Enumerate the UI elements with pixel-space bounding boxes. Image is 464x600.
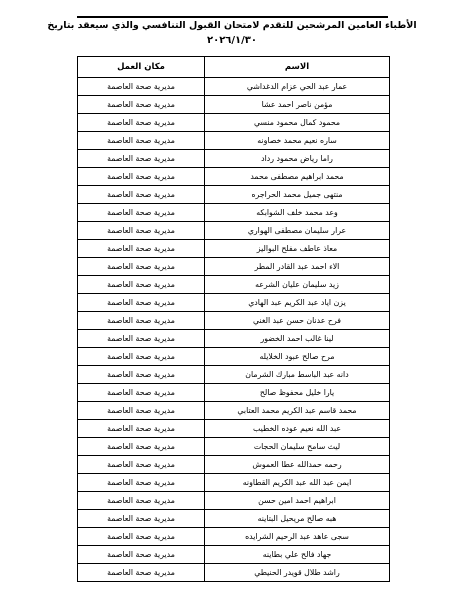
name-cell: محمد قاسم عبد الكريم محمد العتابي [205,402,390,420]
name-cell: يارا خليل محفوظ صالح [205,384,390,402]
workplace-cell: مديرية صحة العاصمة [78,78,205,96]
workplace-cell: مديرية صحة العاصمة [78,114,205,132]
workplace-cell: مديرية صحة العاصمة [78,258,205,276]
workplace-cell: مديرية صحة العاصمة [78,420,205,438]
table-row: دانه عبد الباسط مبارك الشرمان مديرية صحة… [78,366,390,384]
workplace-cell: مديرية صحة العاصمة [78,510,205,528]
table-row: محمود كمال محمود منسي مديرية صحة العاصمة [78,114,390,132]
workplace-cell: مديرية صحة العاصمة [78,240,205,258]
name-cell: وعد محمد خلف الشوابكه [205,204,390,222]
table-row: يزن اياد عبد الكريم عبد الهادي مديرية صح… [78,294,390,312]
table-row: راشد طلال قويدر الحنيطي مديرية صحة العاص… [78,564,390,582]
column-header-workplace: مكان العمل [78,57,205,78]
name-cell: ليث سامح سليمان الحجات [205,438,390,456]
workplace-cell: مديرية صحة العاصمة [78,330,205,348]
name-cell: عرار سليمان مصطفى الهواري [205,222,390,240]
name-cell: راما رياض محمود رداد [205,150,390,168]
workplace-cell: مديرية صحة العاصمة [78,564,205,582]
table-row: عبد الله نعيم عوده الخطيب مديرية صحة الع… [78,420,390,438]
table-row: هبه صالح مريحيل البتاينه مديرية صحة العا… [78,510,390,528]
table-row: ابراهيم احمد امين حسن مديرية صحة العاصمة [78,492,390,510]
workplace-cell: مديرية صحة العاصمة [78,546,205,564]
name-cell: ايمن عبد الله عبد الكريم القطاونه [205,474,390,492]
table-row: عمار عبد الحي عزام الدغداشي مديرية صحة ا… [78,78,390,96]
table-row: عرار سليمان مصطفى الهواري مديرية صحة الع… [78,222,390,240]
table-row: جهاد فالح علي بطاينه مديرية صحة العاصمة [78,546,390,564]
workplace-cell: مديرية صحة العاصمة [78,294,205,312]
name-cell: فرح عدنان حسن عبد الغني [205,312,390,330]
candidates-table: الاسم مكان العمل عمار عبد الحي عزام الدغ… [77,56,390,582]
name-cell: عبد الله نعيم عوده الخطيب [205,420,390,438]
table-row: لينا غالب احمد الخضور مديرية صحة العاصمة [78,330,390,348]
workplace-cell: مديرية صحة العاصمة [78,474,205,492]
workplace-cell: مديرية صحة العاصمة [78,168,205,186]
name-cell: دانه عبد الباسط مبارك الشرمان [205,366,390,384]
workplace-cell: مديرية صحة العاصمة [78,204,205,222]
workplace-cell: مديرية صحة العاصمة [78,492,205,510]
workplace-cell: مديرية صحة العاصمة [78,150,205,168]
document-title: الأطباء العامين المرشحين للتقدم لامتحان … [0,19,464,33]
table-row: الاء احمد عبد القادر المطر مديرية صحة ال… [78,258,390,276]
workplace-cell: مديرية صحة العاصمة [78,402,205,420]
workplace-cell: مديرية صحة العاصمة [78,276,205,294]
table-row: مرح صالح عبود الخلايله مديرية صحة العاصم… [78,348,390,366]
name-cell: مرح صالح عبود الخلايله [205,348,390,366]
workplace-cell: مديرية صحة العاصمة [78,348,205,366]
name-cell: لينا غالب احمد الخضور [205,330,390,348]
document-title-date: ٢٠٢٦/١/٣٠ [0,33,464,48]
table-row: وعد محمد خلف الشوابكه مديرية صحة العاصمة [78,204,390,222]
document-page: الأطباء العامين المرشحين للتقدم لامتحان … [0,0,464,600]
workplace-cell: مديرية صحة العاصمة [78,186,205,204]
workplace-cell: مديرية صحة العاصمة [78,528,205,546]
table-header-row: الاسم مكان العمل [78,57,390,78]
name-cell: رحمه حمدالله عطا العموش [205,456,390,474]
table-row: رحمه حمدالله عطا العموش مديرية صحة العاص… [78,456,390,474]
table-row: مؤمن ناصر احمد عشا مديرية صحة العاصمة [78,96,390,114]
column-header-name: الاسم [205,57,390,78]
name-cell: محمد ابراهيم مصطفى محمد [205,168,390,186]
table-row: محمد ابراهيم مصطفى محمد مديرية صحة العاص… [78,168,390,186]
table-row: محمد قاسم عبد الكريم محمد العتابي مديرية… [78,402,390,420]
name-cell: هبه صالح مريحيل البتاينه [205,510,390,528]
table-row: سجى عاهد عبد الرحيم الشرايده مديرية صحة … [78,528,390,546]
table-row: ليث سامح سليمان الحجات مديرية صحة العاصم… [78,438,390,456]
table-row: ايمن عبد الله عبد الكريم القطاونه مديرية… [78,474,390,492]
table-row: معاذ عاطف مفلح البواليز مديرية صحة العاص… [78,240,390,258]
name-cell: منتهى جميل محمد الحراجره [205,186,390,204]
name-cell: معاذ عاطف مفلح البواليز [205,240,390,258]
workplace-cell: مديرية صحة العاصمة [78,438,205,456]
table-row: منتهى جميل محمد الحراجره مديرية صحة العا… [78,186,390,204]
header-divider-rule [77,16,388,18]
name-cell: راشد طلال قويدر الحنيطي [205,564,390,582]
workplace-cell: مديرية صحة العاصمة [78,456,205,474]
workplace-cell: مديرية صحة العاصمة [78,132,205,150]
table-row: زيد سليمان عليان الشرعه مديرية صحة العاص… [78,276,390,294]
name-cell: ساره نعيم محمد خصاونه [205,132,390,150]
workplace-cell: مديرية صحة العاصمة [78,222,205,240]
workplace-cell: مديرية صحة العاصمة [78,312,205,330]
name-cell: جهاد فالح علي بطاينه [205,546,390,564]
table-row: راما رياض محمود رداد مديرية صحة العاصمة [78,150,390,168]
table-body: عمار عبد الحي عزام الدغداشي مديرية صحة ا… [78,78,390,582]
name-cell: محمود كمال محمود منسي [205,114,390,132]
name-cell: الاء احمد عبد القادر المطر [205,258,390,276]
name-cell: ابراهيم احمد امين حسن [205,492,390,510]
name-cell: عمار عبد الحي عزام الدغداشي [205,78,390,96]
workplace-cell: مديرية صحة العاصمة [78,366,205,384]
name-cell: سجى عاهد عبد الرحيم الشرايده [205,528,390,546]
table-row: فرح عدنان حسن عبد الغني مديرية صحة العاص… [78,312,390,330]
table-row: يارا خليل محفوظ صالح مديرية صحة العاصمة [78,384,390,402]
name-cell: مؤمن ناصر احمد عشا [205,96,390,114]
document-title-block: الأطباء العامين المرشحين للتقدم لامتحان … [0,19,464,48]
name-cell: زيد سليمان عليان الشرعه [205,276,390,294]
table-row: ساره نعيم محمد خصاونه مديرية صحة العاصمة [78,132,390,150]
workplace-cell: مديرية صحة العاصمة [78,384,205,402]
workplace-cell: مديرية صحة العاصمة [78,96,205,114]
name-cell: يزن اياد عبد الكريم عبد الهادي [205,294,390,312]
